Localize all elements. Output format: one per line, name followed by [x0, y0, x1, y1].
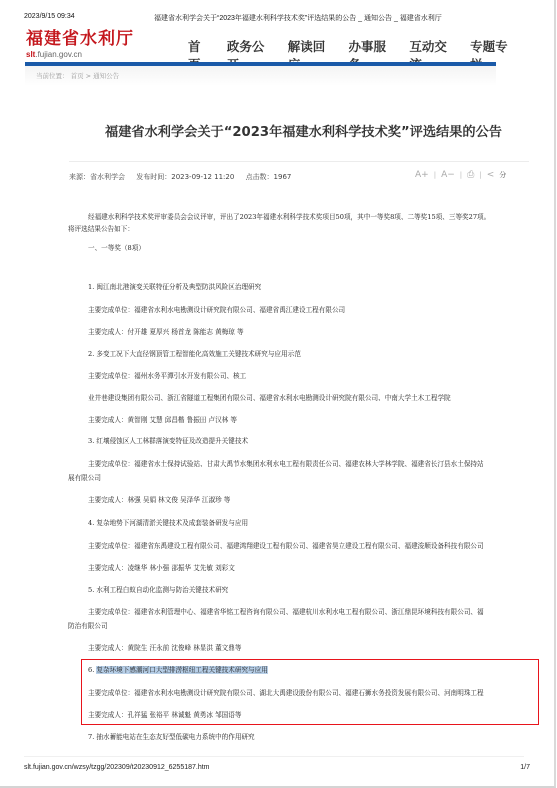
highlight-annotation-box — [81, 659, 539, 725]
article-title: 福建省水利学会关于“2023年福建水利科学技术奖”评选结果的公告 — [0, 121, 557, 140]
article-source: 来源：省水利学会 — [69, 173, 125, 181]
font-increase-button[interactable]: A+ — [415, 170, 429, 180]
section-heading-first-prize: 一、一等奖（8项） — [88, 243, 145, 253]
tool-separator: | — [460, 171, 462, 179]
page-url: slt.fujian.gov.cn/wzsy/tzgg/202309/t2023… — [24, 764, 210, 771]
article-tools: A+ | A− | ⎙ | < 分 — [415, 170, 506, 180]
share-label[interactable]: 分 — [499, 170, 506, 180]
project-people: 主要完成人：凌继华 林小强 邵振华 艾先敏 刘彩文 — [88, 563, 235, 573]
project-units: 主要完成单位：福建省水利管理中心、福建省华铭工程咨询有限公司、福建杭川水利水电工… — [88, 607, 484, 617]
project-title: 2. 多变工况下大直径钢顶管工程智能化高效施工关键技术研究与应用示范 — [88, 349, 301, 359]
project-people: 主要完成人：付开雄 夏厚兴 杨首龙 陈能志 黄梅琼 等 — [88, 327, 244, 337]
project-units: 主要完成单位：福建省东禹建设工程有限公司、福建鸿翔建设工程有限公司、福建省昊立建… — [88, 541, 484, 551]
article-meta: 来源：省水利学会 发布时间：2023-09-12 11:20 点击数：1967 — [69, 172, 300, 182]
project-units: 主要完成单位：福建省水土保持试验站、甘肃大禹节水集团水利水电工程有限责任公司、福… — [88, 459, 484, 469]
intro-paragraph-continued: 将评选结果公告如下： — [68, 224, 134, 234]
project-title: 4. 复杂地势下河湖清淤关键技术及成套装备研发与应用 — [88, 518, 248, 528]
project-title: 1. 闽江南北港演变关联特征分析及典型防洪风险区治理研究 — [88, 282, 261, 292]
project-title: 3. 红壤侵蚀区人工林群落演变特征及改造提升关键技术 — [88, 436, 248, 446]
tool-separator: | — [479, 171, 481, 179]
project-units-continued: 展有限公司 — [68, 473, 101, 483]
print-datetime: 2023/9/15 09:34 — [24, 13, 75, 20]
project-people: 主要完成人：黄智刚 艾慧 邱昌楷 鲁振田 卢汉林 等 — [88, 415, 237, 425]
intro-paragraph: 经福建水利科学技术奖评审委员会会议评审，评出了2023年福建水利科学技术奖项目5… — [88, 212, 490, 222]
breadcrumb-home[interactable]: 首页 — [71, 72, 84, 80]
share-icon[interactable]: < — [487, 170, 495, 180]
logo-chinese-name: 福建省水利厅 — [26, 29, 134, 49]
project-units: 主要完成单位：福州水务平潭引水开发有限公司、核工 — [88, 371, 246, 381]
logo-domain: slt.fujian.gov.cn — [26, 50, 134, 59]
project-units-continued: 业井巷建设集团有限公司、浙江省隧道工程集团有限公司、福建省水利水电勘测设计研究院… — [88, 393, 451, 403]
breadcrumb: 当前位置： 首页 > 通知公告 — [25, 66, 496, 86]
print-icon[interactable]: ⎙ — [467, 170, 474, 180]
project-title: 7. 抽水蓄能电站在生态友好型低碳电力系统中的作用研究 — [88, 732, 255, 742]
meta-divider — [69, 161, 529, 162]
article-publish-time: 发布时间：2023-09-12 11:20 — [136, 173, 234, 181]
footer-divider — [24, 756, 524, 757]
project-people: 主要完成人：黄院生 汪永前 沈俊峰 林显洪 董文鼎等 — [88, 643, 241, 653]
breadcrumb-separator: > — [84, 72, 94, 80]
project-title: 5. 水利工程白蚁自动化监测与防治关键技术研究 — [88, 585, 228, 595]
project-units: 主要完成单位：福建省水利水电勘测设计研究院有限公司、福建省禹江建设工程有限公司 — [88, 305, 345, 315]
breadcrumb-current[interactable]: 通知公告 — [93, 72, 119, 80]
project-people: 主要完成人：林强 吴娟 林文俊 吴泽华 江淑珍 等 — [88, 495, 230, 505]
project-units-continued: 防治有限公司 — [68, 621, 108, 631]
font-decrease-button[interactable]: A− — [441, 170, 455, 180]
tool-separator: | — [434, 171, 436, 179]
article-click-count: 点击数：1967 — [246, 173, 292, 181]
logo-domain-rest: .fujian.gov.cn — [35, 50, 82, 59]
site-logo[interactable]: 福建省水利厅 slt.fujian.gov.cn — [26, 29, 134, 59]
print-page-title: 福建省水利学会关于“2023年福建水利科学技术奖”评选结果的公告 _ 通知公告 … — [154, 13, 442, 23]
breadcrumb-prefix: 当前位置： — [36, 72, 69, 80]
printed-page: 2023/9/15 09:34 福建省水利学会关于“2023年福建水利科学技术奖… — [0, 0, 556, 788]
logo-domain-prefix: slt — [26, 50, 35, 59]
page-number: 1/7 — [520, 764, 530, 771]
